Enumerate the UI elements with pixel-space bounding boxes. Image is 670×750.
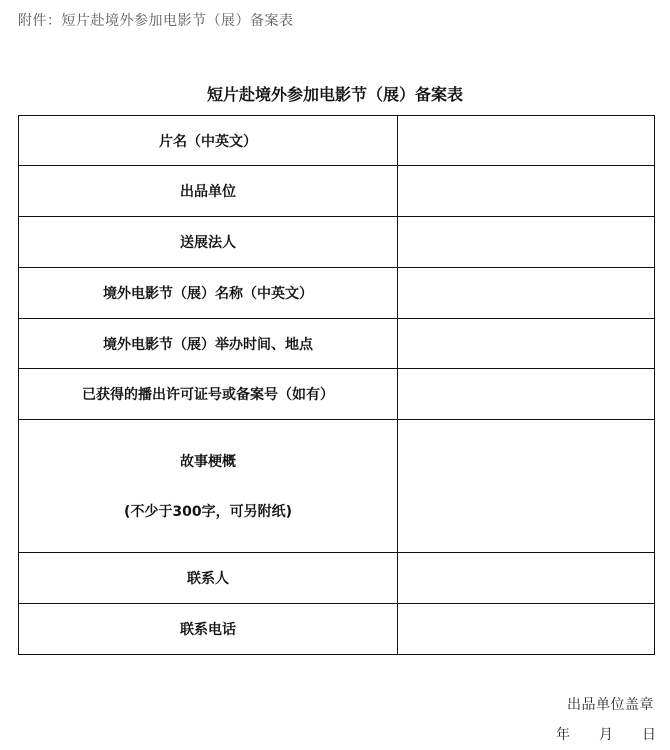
attachment-label: 附件：短片赴境外参加电影节（展）备案表 bbox=[18, 10, 294, 30]
row-label-license-number: 已获得的播出许可证号或备案号（如有） bbox=[19, 369, 398, 420]
month-label: 月 bbox=[599, 724, 613, 744]
film-title-field[interactable] bbox=[398, 116, 655, 166]
table-row: 联系电话 bbox=[19, 604, 655, 655]
contact-person-field[interactable] bbox=[398, 553, 655, 604]
filing-form-table: 片名（中英文） 出品单位 送展法人 境外电影节（展）名称（中英文） 境外电影节（… bbox=[18, 115, 655, 655]
festival-name-field[interactable] bbox=[398, 268, 655, 319]
producer-seal-label: 出品单位盖章 bbox=[567, 694, 654, 714]
row-label-festival-time-place: 境外电影节（展）举办时间、地点 bbox=[19, 319, 398, 369]
synopsis-label: 故事梗概 bbox=[180, 454, 236, 470]
table-row: 送展法人 bbox=[19, 217, 655, 268]
legal-representative-field[interactable] bbox=[398, 217, 655, 268]
row-label-festival-name: 境外电影节（展）名称（中英文） bbox=[19, 268, 398, 319]
year-label: 年 bbox=[556, 724, 570, 744]
table-row: 境外电影节（展）名称（中英文） bbox=[19, 268, 655, 319]
synopsis-sublabel: (不少于300字，可另附纸) bbox=[19, 501, 397, 521]
table-row: 境外电影节（展）举办时间、地点 bbox=[19, 319, 655, 369]
table-row: 出品单位 bbox=[19, 166, 655, 217]
license-number-field[interactable] bbox=[398, 369, 655, 420]
producer-field[interactable] bbox=[398, 166, 655, 217]
table-row: 联系人 bbox=[19, 553, 655, 604]
row-label-producer: 出品单位 bbox=[19, 166, 398, 217]
festival-time-place-field[interactable] bbox=[398, 319, 655, 369]
contact-phone-field[interactable] bbox=[398, 604, 655, 655]
day-label: 日 bbox=[642, 724, 656, 744]
table-row: 故事梗概 (不少于300字，可另附纸) bbox=[19, 420, 655, 553]
date-line: 年 月 日 bbox=[556, 724, 656, 744]
row-label-contact-phone: 联系电话 bbox=[19, 604, 398, 655]
row-label-film-title: 片名（中英文） bbox=[19, 116, 398, 166]
table-row: 已获得的播出许可证号或备案号（如有） bbox=[19, 369, 655, 420]
row-label-legal-representative: 送展法人 bbox=[19, 217, 398, 268]
synopsis-field[interactable] bbox=[398, 420, 655, 553]
row-label-synopsis: 故事梗概 (不少于300字，可另附纸) bbox=[19, 420, 398, 553]
row-label-contact-person: 联系人 bbox=[19, 553, 398, 604]
document-title: 短片赴境外参加电影节（展）备案表 bbox=[0, 82, 670, 105]
table-row: 片名（中英文） bbox=[19, 116, 655, 166]
